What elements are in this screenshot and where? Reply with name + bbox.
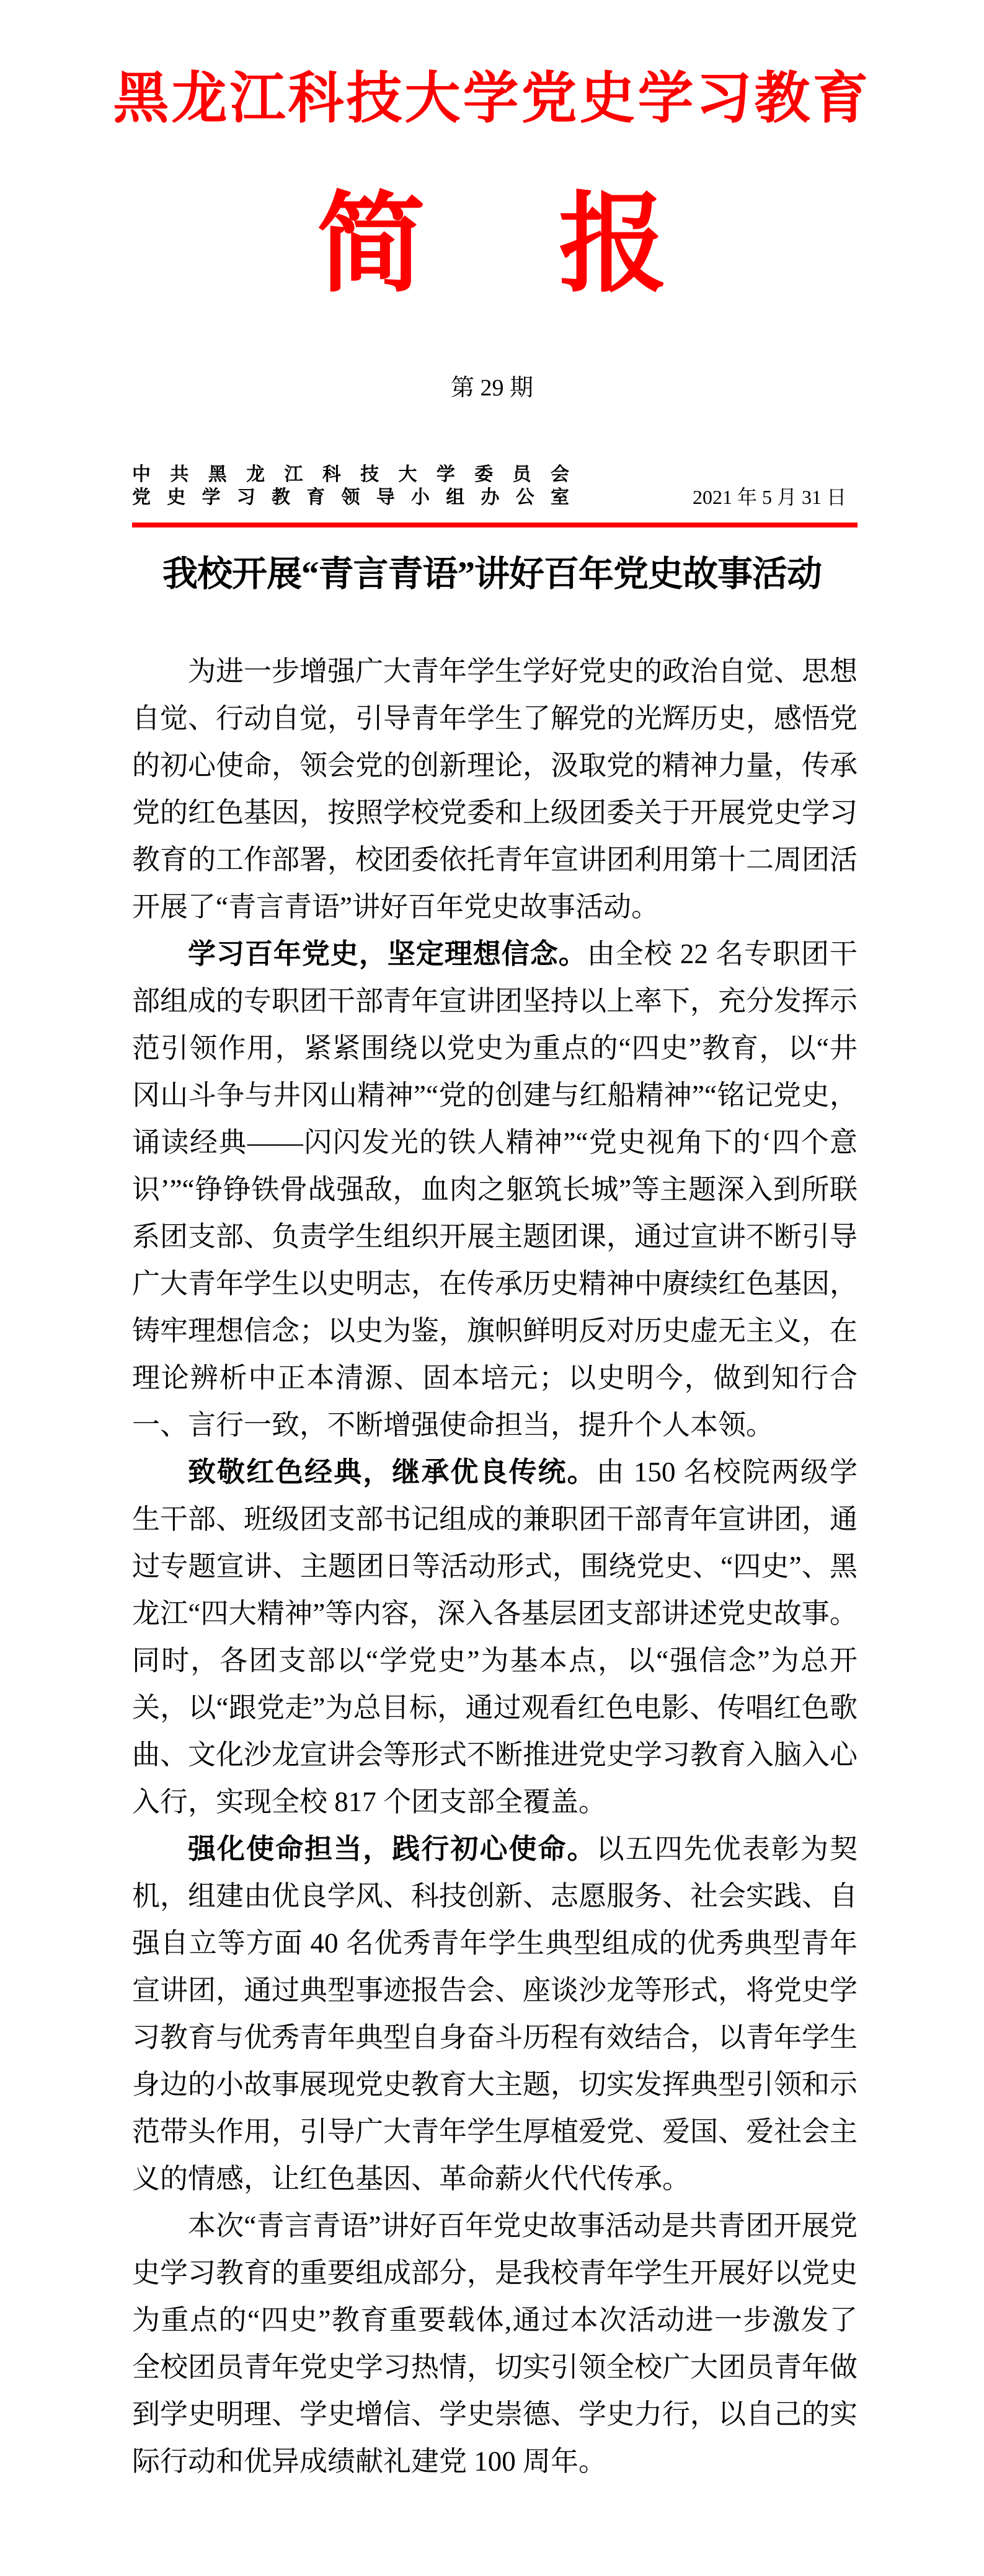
paragraph-intro: 为进一步增强广大青年学生学好党史的政治自觉、思想自觉、行动自觉，引导青年学生了解… [132,648,858,930]
org-line-office: 党史学习教育领导小组办公室 [132,486,569,509]
brief-char-jian: 简 [317,186,425,304]
article-body: 为进一步增强广大青年学生学好党史的政治自觉、思想自觉、行动自觉，引导青年学生了解… [132,648,858,2485]
imprint-row: 中共黑龙江科技大学委员会 党史学习教育领导小组办公室 2021 年 5 月 31… [132,463,858,509]
paragraph-mission: 强化使命担当，践行初心使命。以五四先优表彰为契机，组建由优良学风、科技创新、志愿… [132,1825,858,2202]
issue-date: 2021 年 5 月 31 日 [693,486,858,509]
brief-char-bao: 报 [559,186,667,304]
article: 我校开展“青言青语”讲好百年党史故事活动 为进一步增强广大青年学生学好党史的政治… [0,552,984,2485]
issue-number: 第 29 期 [0,375,984,401]
masthead-brief: 简 报 [0,186,984,304]
paragraph-text: 为进一步增强广大青年学生学好党史的政治自觉、思想自觉、行动自觉，引导青年学生了解… [132,656,858,922]
bulletin-page: 黑龙江科技大学党史学习教育 简 报 第 29 期 中共黑龙江科技大学委员会 党史… [0,0,984,2576]
paragraph-lead: 强化使命担当，践行初心使命。 [188,1833,596,1864]
paragraph-study-history: 学习百年党史，坚定理想信念。由全校 22 名专职团干部组成的专职团干部青年宣讲团… [132,930,858,1449]
paragraph-red-classics: 致敬红色经典，继承优良传统。由 150 名校院两级学生干部、班级团支部书记组成的… [132,1449,858,1825]
issuing-org: 中共黑龙江科技大学委员会 党史学习教育领导小组办公室 [132,463,569,509]
paragraph-lead: 学习百年党史，坚定理想信念。 [188,938,587,969]
paragraph-lead: 致敬红色经典，继承优良传统。 [188,1456,596,1488]
paragraph-conclusion: 本次“青言青语”讲好百年党史故事活动是共青团开展党史学习教育的重要组成部分，是我… [132,2202,858,2485]
article-title: 我校开展“青言青语”讲好百年党史故事活动 [0,552,984,597]
masthead: 黑龙江科技大学党史学习教育 简 报 第 29 期 中共黑龙江科技大学委员会 党史… [0,69,984,527]
paragraph-text: 由全校 22 名专职团干部组成的专职团干部青年宣讲团坚持以上率下，充分发挥示范引… [132,938,858,1440]
paragraph-text: 本次“青言青语”讲好百年党史故事活动是共青团开展党史学习教育的重要组成部分，是我… [132,2210,858,2477]
paragraph-text: 由 150 名校院两级学生干部、班级团支部书记组成的兼职团干部青年宣讲团，通过专… [132,1457,858,1817]
org-line-committee: 中共黑龙江科技大学委员会 [132,463,569,486]
masthead-title: 黑龙江科技大学党史学习教育 [0,69,984,129]
paragraph-text: 以五四先优表彰为契机，组建由优良学风、科技创新、志愿服务、社会实践、自强自立等方… [132,1833,858,2194]
red-divider [132,523,858,527]
